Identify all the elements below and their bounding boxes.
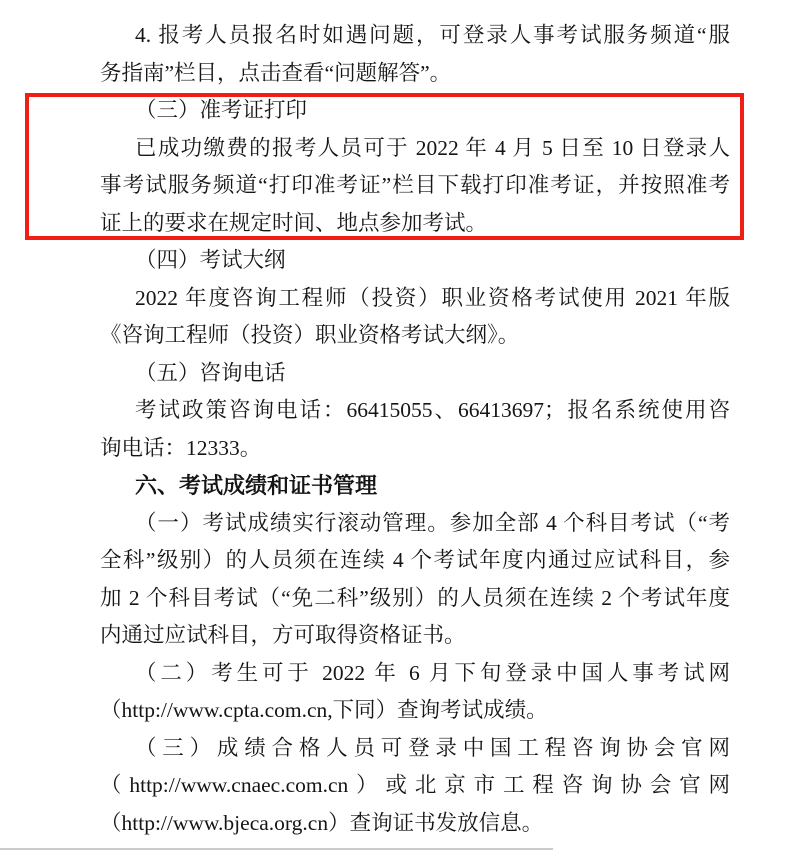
- line-cert-info-1: （三）成绩合格人员可登录中国工程咨询协会官网: [100, 730, 730, 768]
- line-heading-exam-outline: （四）考试大纲: [100, 242, 730, 280]
- document-viewport: { "document": { "lines": [ "4. 报考人员报名时如遇…: [0, 0, 791, 851]
- line-faq-1: 4. 报考人员报名时如遇问题，可登录人事考试服务频道“服: [100, 17, 730, 55]
- line-score-rule-3: 加 2 个科目考试（“免二科”级别）的人员须在连续 2 个考试年度: [100, 580, 730, 618]
- line-heading-consult-phone: （五）咨询电话: [100, 355, 730, 393]
- line-cert-info-2: （http://www.cnaec.com.cn）或北京市工程咨询协会官网: [100, 767, 730, 805]
- document-page: 4. 报考人员报名时如遇问题，可登录人事考试服务频道“服 务指南”栏目，点击查看…: [100, 17, 730, 842]
- line-exam-outline-2: 《咨询工程师（投资）职业资格考试大纲》。: [100, 317, 730, 355]
- line-faq-2: 务指南”栏目，点击查看“问题解答”。: [100, 55, 730, 93]
- line-cert-info-3: （http://www.bjeca.org.cn）查询证书发放信息。: [100, 805, 730, 843]
- line-heading-ticket-print: （三）准考证打印: [100, 92, 730, 130]
- line-ticket-print-3: 证上的要求在规定时间、地点参加考试。: [100, 205, 730, 243]
- line-score-query-1: （二）考生可于 2022 年 6 月下旬登录中国人事考试网: [100, 655, 730, 693]
- line-ticket-print-2: 事考试服务频道“打印准考证”栏目下载打印准考证，并按照准考: [100, 167, 730, 205]
- line-score-rule-2: 全科”级别）的人员须在连续 4 个考试年度内通过应试科目，参: [100, 542, 730, 580]
- line-consult-phone-2: 询电话：12333。: [100, 430, 730, 468]
- line-score-query-2: （http://www.cpta.com.cn,下同）查询考试成绩。: [100, 692, 730, 730]
- line-heading-section-six: 六、考试成绩和证书管理: [100, 467, 730, 505]
- line-exam-outline-1: 2022 年度咨询工程师（投资）职业资格考试使用 2021 年版: [100, 280, 730, 318]
- line-score-rule-4: 内通过应试科目，方可取得资格证书。: [100, 617, 730, 655]
- line-score-rule-1: （一）考试成绩实行滚动管理。参加全部 4 个科目考试（“考: [100, 505, 730, 543]
- page-bottom-divider: [0, 848, 553, 850]
- line-ticket-print-1: 已成功缴费的报考人员可于 2022 年 4 月 5 日至 10 日登录人: [100, 130, 730, 168]
- line-consult-phone-1: 考试政策咨询电话：66415055、66413697；报名系统使用咨: [100, 392, 730, 430]
